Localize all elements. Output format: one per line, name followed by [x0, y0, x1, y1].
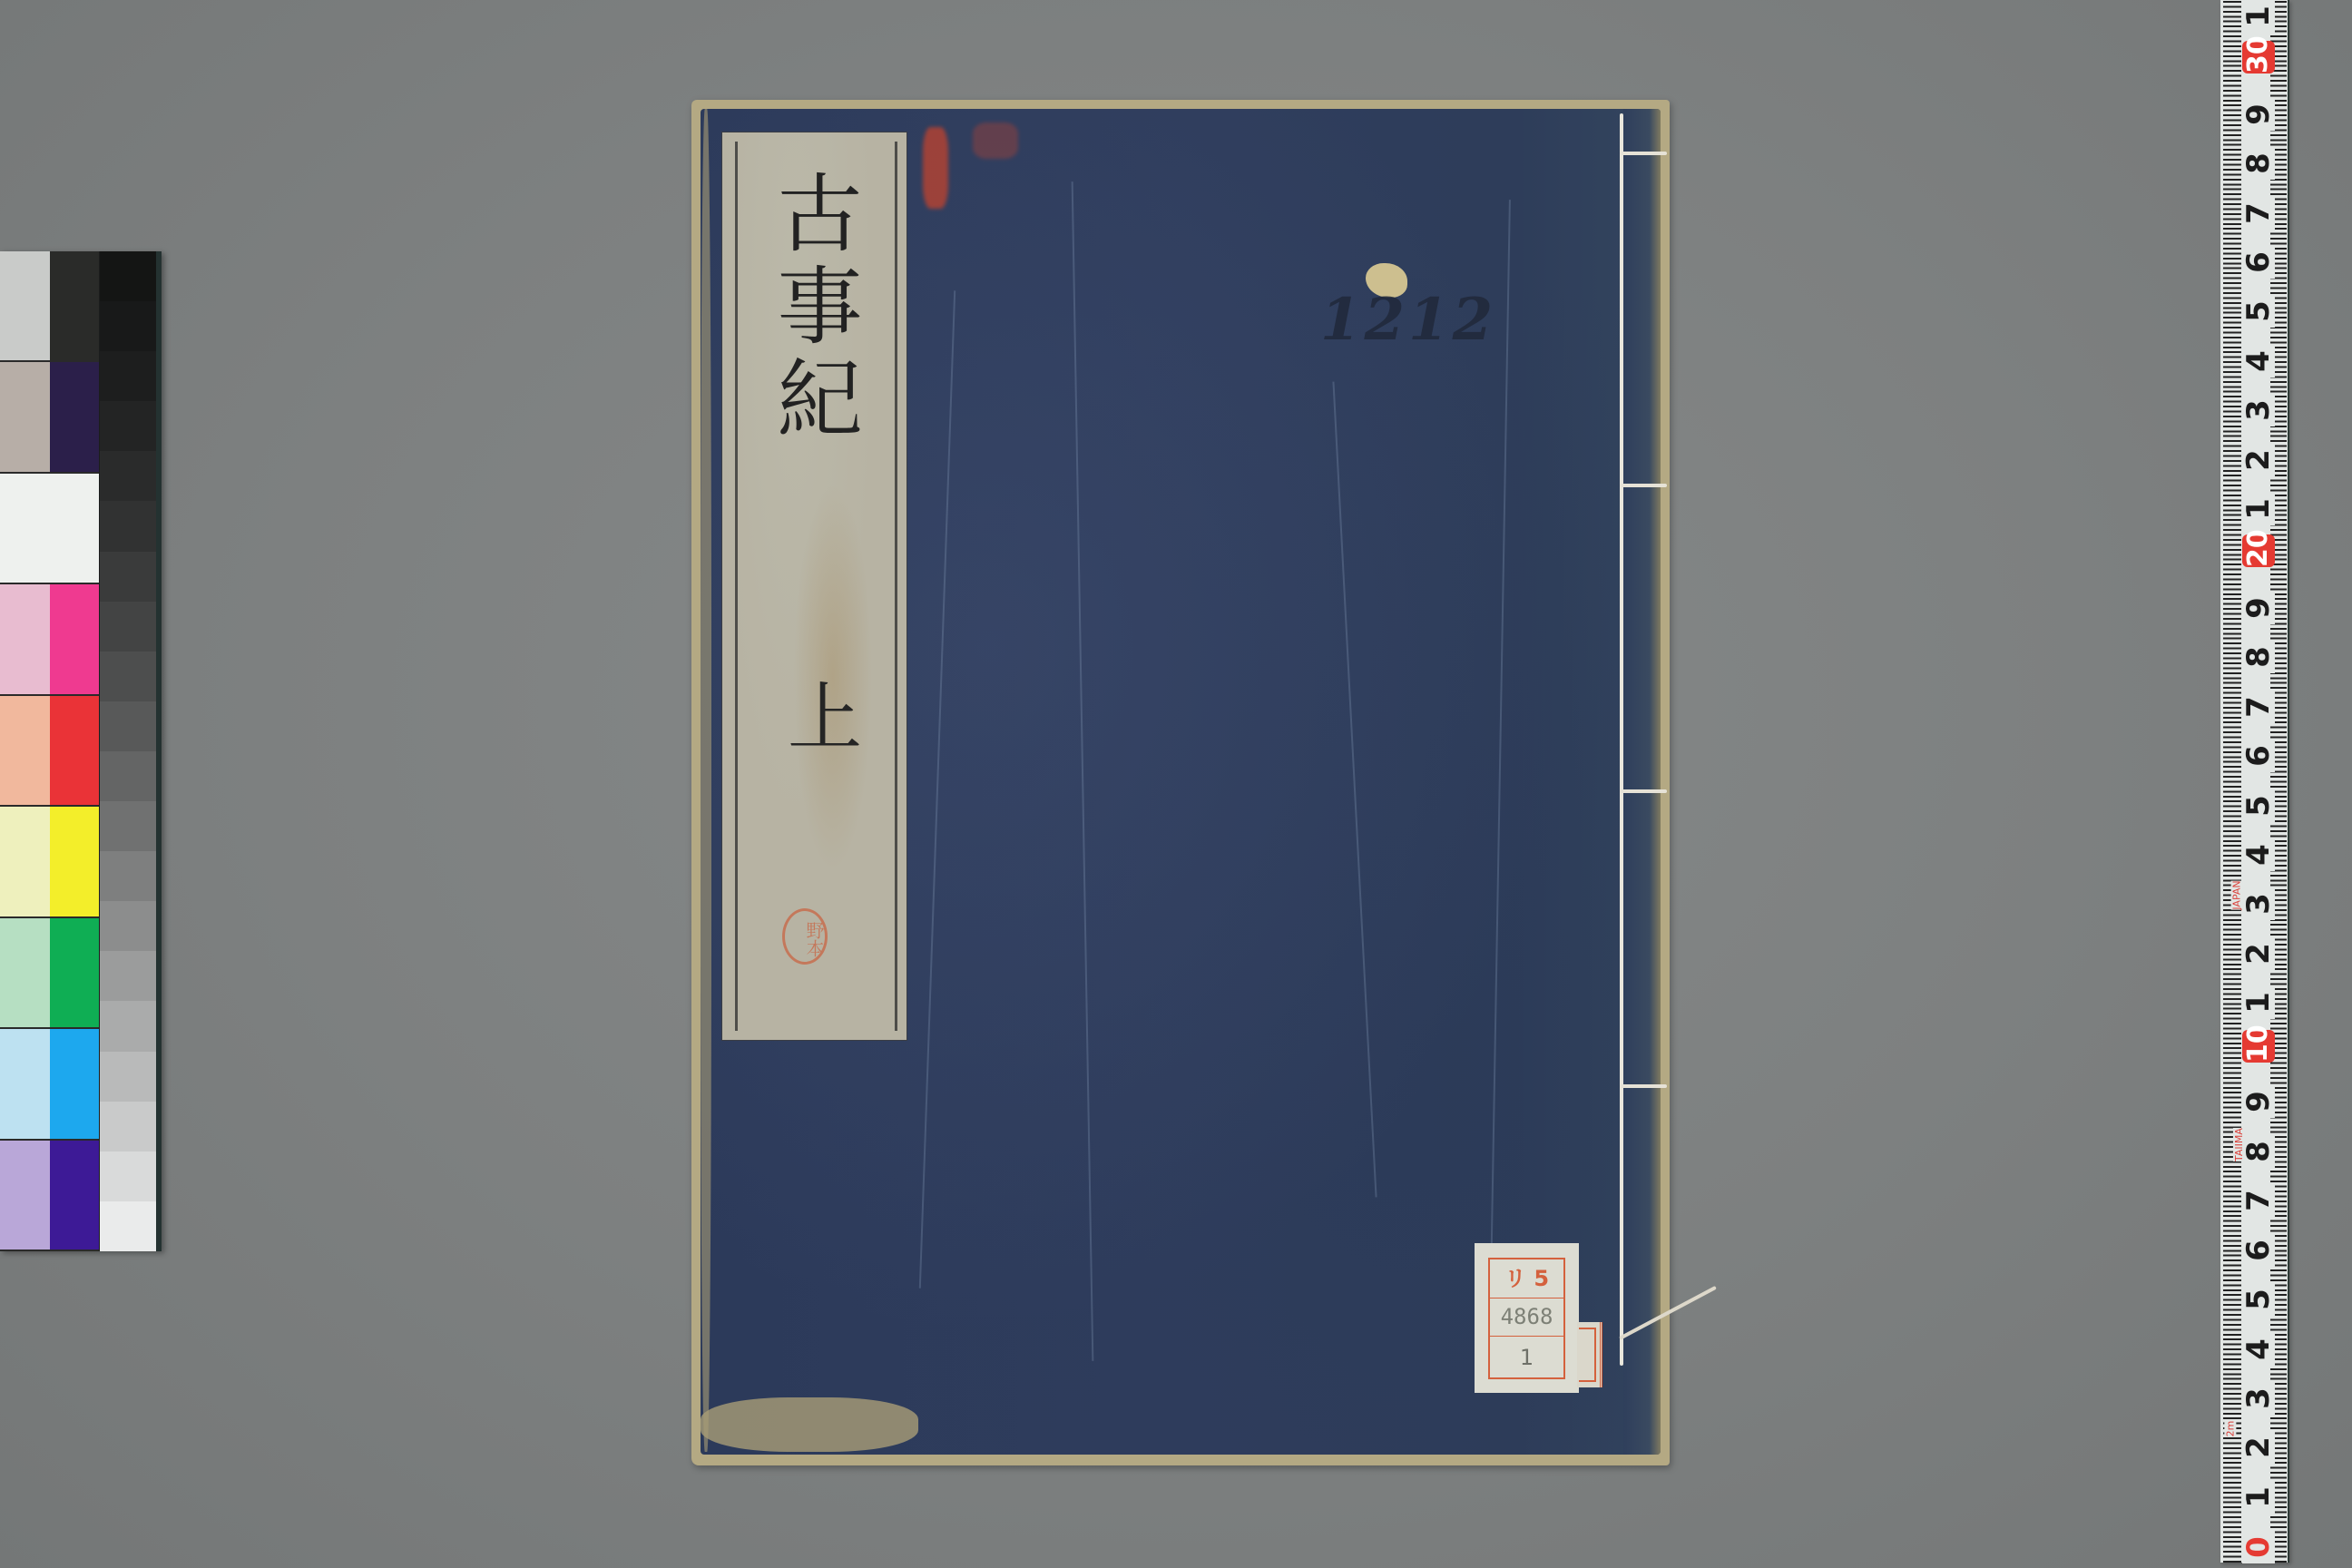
ruler-number: 5 [2242, 789, 2275, 822]
color-swatch [50, 696, 99, 807]
gray-step [100, 301, 156, 351]
color-swatch [50, 584, 99, 695]
ruler-number: 30 [2242, 41, 2275, 73]
binding-thread [1620, 113, 1623, 1366]
color-swatch [50, 474, 99, 584]
color-calibration-chart [0, 251, 162, 1251]
book-title: 古事紀 [777, 169, 867, 446]
gray-step [100, 401, 156, 451]
ruler-number: 2 [2242, 444, 2275, 476]
color-swatch [0, 807, 50, 917]
gray-step [100, 701, 156, 751]
gray-step [100, 602, 156, 652]
ruler-number: 1 [2242, 0, 2275, 33]
ruler-number: 3 [2242, 887, 2275, 920]
color-swatch [0, 1029, 50, 1140]
color-swatch [0, 362, 50, 473]
call-number-class: リ 5 [1490, 1259, 1563, 1298]
color-swatch [0, 474, 50, 584]
gray-step [100, 851, 156, 901]
volume-label: 上 [788, 659, 862, 765]
color-swatch [0, 251, 50, 362]
gray-step [100, 652, 156, 701]
ruler-ticks-right [2270, 0, 2287, 1563]
ruler-number: 7 [2242, 691, 2275, 723]
gray-step [100, 901, 156, 951]
gray-step [100, 451, 156, 501]
gray-step [100, 751, 156, 801]
color-swatch [50, 251, 99, 362]
binding-stitch [1620, 152, 1667, 155]
color-swatch [50, 1141, 99, 1251]
gray-step [100, 1201, 156, 1251]
grayscale-strip [100, 251, 156, 1251]
red-stain [973, 122, 1018, 159]
ruler-number: 8 [2242, 1135, 2275, 1168]
ruler-number: 8 [2242, 147, 2275, 180]
ruler-number: 7 [2242, 197, 2275, 230]
ruler-number: 6 [2242, 740, 2275, 772]
color-swatch [50, 918, 99, 1029]
binding-stitch [1620, 484, 1667, 487]
ruler-number: 4 [2242, 345, 2275, 377]
color-swatch [50, 362, 99, 473]
ruler-number: 6 [2242, 1234, 2275, 1267]
ruler-number: 9 [2242, 592, 2275, 624]
ruler-number: 5 [2242, 1283, 2275, 1316]
ruler-number: 1 [2242, 1481, 2275, 1514]
spine-edge [1623, 109, 1661, 1455]
call-number-label: リ 5 4868 1 [1475, 1243, 1579, 1393]
slip-border-left [735, 142, 738, 1031]
owner-seal: 野本 [782, 908, 828, 965]
ruler-number: 10 [2242, 1030, 2275, 1063]
title-slip: 古事紀 上 野本 [721, 132, 907, 1041]
gray-step [100, 501, 156, 551]
gray-step [100, 552, 156, 602]
red-stain [923, 127, 948, 209]
ruler-number: 8 [2242, 641, 2275, 673]
book: 古事紀 上 野本 1212 リ 5 4868 1 [691, 100, 1670, 1465]
ruler-number: 1 [2242, 493, 2275, 525]
ruler-ticks-left [2223, 0, 2241, 1563]
cover-crease [919, 290, 955, 1288]
ruler-number: 4 [2242, 838, 2275, 871]
ruler-length-mark: 2m [2224, 1421, 2236, 1437]
gray-step [100, 251, 156, 301]
ruler-number: 9 [2242, 1085, 2275, 1118]
ruler-number: 4 [2242, 1333, 2275, 1366]
color-swatch [0, 696, 50, 807]
gray-step [100, 351, 156, 401]
ruler-number: 1 [2242, 986, 2275, 1019]
handwritten-number: 1212 [1320, 286, 1496, 354]
color-swatch [0, 918, 50, 1029]
gray-step [100, 801, 156, 851]
cover-crease [1072, 181, 1094, 1361]
gray-step [100, 1052, 156, 1102]
gray-step [100, 951, 156, 1001]
ruler-number: 2 [2242, 1431, 2275, 1464]
worn-edge [701, 109, 711, 1452]
ruler-number: 20 [2242, 534, 2275, 567]
cover-crease [1489, 200, 1511, 1334]
ruler-number: 3 [2242, 394, 2275, 426]
call-number-frame: リ 5 4868 1 [1488, 1258, 1565, 1379]
color-swatch [0, 1141, 50, 1251]
call-number-volume: 1 [1490, 1336, 1563, 1379]
ruler-number: 0 [2242, 1531, 2275, 1563]
ruler-number: 3 [2242, 1382, 2275, 1415]
secondary-label [1577, 1322, 1602, 1387]
gray-step [100, 1001, 156, 1051]
color-swatch [50, 807, 99, 917]
ruler-number: 7 [2242, 1184, 2275, 1217]
binding-stitch [1620, 789, 1667, 793]
ruler-number: 2 [2242, 937, 2275, 970]
ruler-number: 6 [2242, 246, 2275, 279]
gray-step [100, 1151, 156, 1201]
color-swatch [50, 1029, 99, 1140]
worn-edge [701, 1397, 918, 1452]
cover-crease [1332, 382, 1377, 1198]
measuring-tape: TAJIMA 2m JAPAN 012345678910123456789201… [2220, 0, 2289, 1563]
call-number-id: 4868 [1490, 1298, 1563, 1337]
slip-border-right [895, 142, 897, 1031]
book-cover: 古事紀 上 野本 1212 リ 5 4868 1 [701, 109, 1661, 1455]
ruler-number: 5 [2242, 295, 2275, 328]
gray-step [100, 1102, 156, 1151]
binding-stitch [1620, 1084, 1667, 1088]
ruler-number: 9 [2242, 98, 2275, 131]
color-chart-light-column [0, 251, 50, 1251]
color-swatch [0, 584, 50, 695]
color-chart-edge [156, 251, 162, 1251]
color-chart-saturated-column [50, 251, 99, 1251]
